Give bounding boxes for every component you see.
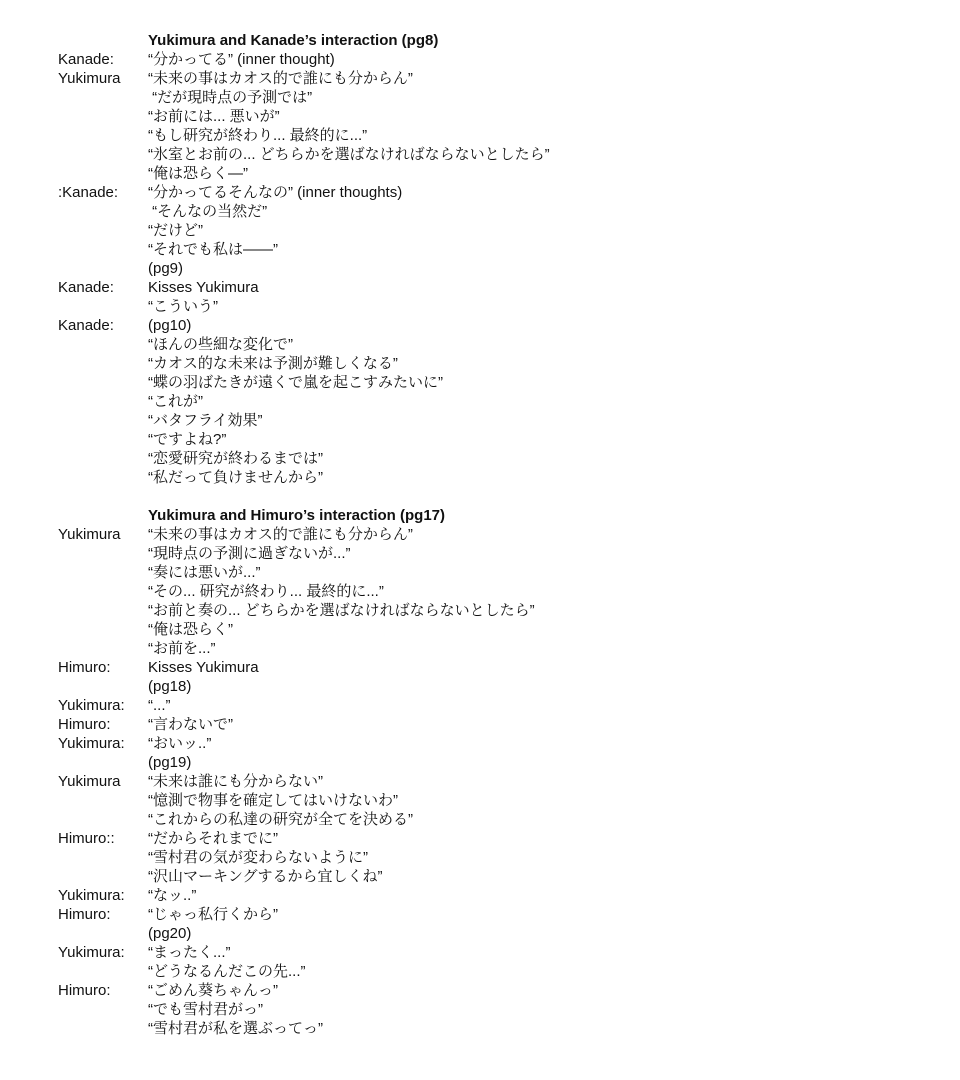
speaker-name — [58, 107, 148, 126]
dialogue-text: “だからそれまでに” — [148, 829, 938, 848]
dialogue-line: (pg18) — [58, 677, 938, 696]
dialogue-text: “...” — [148, 696, 938, 715]
dialogue-text: “おいッ..” — [148, 734, 938, 753]
dialogue-text: “俺は恐らく—” — [148, 164, 938, 183]
dialogue-text: “まったく...” — [148, 943, 938, 962]
speaker-name: Yukimura: — [58, 886, 148, 905]
dialogue-line: Kanade:Kisses Yukimura — [58, 278, 938, 297]
speaker-name — [58, 601, 148, 620]
dialogue-line: Kanade:“分かってる” (inner thought) — [58, 50, 938, 69]
dialogue-text: “分かってるそんなの” (inner thoughts) — [148, 183, 938, 202]
speaker-name — [58, 202, 148, 221]
speaker-name — [58, 145, 148, 164]
dialogue-line: “雪村君の気が変わらないように” — [58, 848, 938, 867]
dialogue-text: “もし研究が終わり... 最終的に...” — [148, 126, 938, 145]
dialogue-line: “これからの私達の研究が全てを決める” — [58, 810, 938, 829]
speaker-name — [58, 373, 148, 392]
speaker-spacer — [58, 31, 148, 50]
dialogue-line: “でも雪村君がっ” — [58, 1000, 938, 1019]
dialogue-line: “それでも私は——” — [58, 240, 938, 259]
dialogue-line: “だが現時点の予測では” — [58, 88, 938, 107]
dialogue-text: “お前には... 悪いが” — [148, 107, 938, 126]
speaker-name: Kanade: — [58, 50, 148, 69]
section-heading-row: Yukimura and Kanade’s interaction (pg8) — [58, 31, 938, 50]
speaker-name — [58, 753, 148, 772]
speaker-name — [58, 962, 148, 981]
dialogue-line: Yukimura:“...” — [58, 696, 938, 715]
speaker-name — [58, 1019, 148, 1038]
dialogue-text: “だが現時点の予測では” — [148, 88, 938, 107]
dialogue-line: “私だって負けませんから” — [58, 468, 938, 487]
speaker-name — [58, 544, 148, 563]
dialogue-line: “どうなるんだこの先...” — [58, 962, 938, 981]
dialogue-text: “だけど” — [148, 221, 938, 240]
dialogue-text: “奏には悪いが...” — [148, 563, 938, 582]
speaker-name: :Kanade: — [58, 183, 148, 202]
speaker-name — [58, 810, 148, 829]
dialogue-line: “バタフライ効果” — [58, 411, 938, 430]
dialogue-line: Yukimura:“なッ..” — [58, 886, 938, 905]
dialogue-line: (pg9) — [58, 259, 938, 278]
dialogue-section: Yukimura and Kanade’s interaction (pg8)K… — [58, 31, 938, 487]
section-title: Yukimura and Himuro’s interaction (pg17) — [148, 506, 938, 525]
speaker-name — [58, 563, 148, 582]
dialogue-text: “ほんの些細な変化で” — [148, 335, 938, 354]
speaker-name — [58, 468, 148, 487]
dialogue-text: “じゃっ私行くから” — [148, 905, 938, 924]
dialogue-text: “これからの私達の研究が全てを決める” — [148, 810, 938, 829]
dialogue-line: Yukimura:“おいッ..” — [58, 734, 938, 753]
dialogue-line: “お前には... 悪いが” — [58, 107, 938, 126]
dialogue-line: “奏には悪いが...” — [58, 563, 938, 582]
speaker-name — [58, 677, 148, 696]
dialogue-line: “こういう” — [58, 297, 938, 316]
speaker-name: Kanade: — [58, 278, 148, 297]
speaker-name: Himuro: — [58, 981, 148, 1000]
speaker-name — [58, 924, 148, 943]
dialogue-line: Yukimura“未来の事はカオス的で誰にも分からん” — [58, 525, 938, 544]
dialogue-text: “未来は誰にも分からない” — [148, 772, 938, 791]
dialogue-line: Yukimura“未来の事はカオス的で誰にも分からん” — [58, 69, 938, 88]
dialogue-text: (pg9) — [148, 259, 938, 278]
dialogue-text: Kisses Yukimura — [148, 658, 938, 677]
dialogue-line: Yukimura:“まったく...” — [58, 943, 938, 962]
dialogue-text: “その... 研究が終わり... 最終的に...” — [148, 582, 938, 601]
speaker-name: Yukimura — [58, 525, 148, 544]
dialogue-text: “言わないで” — [148, 715, 938, 734]
script-document: Yukimura and Kanade’s interaction (pg8)K… — [58, 31, 938, 1038]
dialogue-line: “沢山マーキングするから宜しくね” — [58, 867, 938, 886]
dialogue-text: “未来の事はカオス的で誰にも分からん” — [148, 525, 938, 544]
dialogue-line: “もし研究が終わり... 最終的に...” — [58, 126, 938, 145]
speaker-name: Himuro:: — [58, 829, 148, 848]
speaker-name — [58, 335, 148, 354]
dialogue-text: “お前と奏の... どちらかを選ばなければならないとしたら” — [148, 601, 938, 620]
dialogue-text: “憶測で物事を確定してはいけないわ” — [148, 791, 938, 810]
dialogue-text: “雪村君が私を選ぶってっ” — [148, 1019, 938, 1038]
section-heading-row: Yukimura and Himuro’s interaction (pg17) — [58, 506, 938, 525]
dialogue-line: “氷室とお前の... どちらかを選ばなければならないとしたら” — [58, 145, 938, 164]
speaker-name — [58, 88, 148, 107]
speaker-name — [58, 449, 148, 468]
dialogue-line: “俺は恐らく—” — [58, 164, 938, 183]
speaker-name — [58, 639, 148, 658]
speaker-name — [58, 411, 148, 430]
speaker-name: Kanade: — [58, 316, 148, 335]
speaker-name — [58, 240, 148, 259]
speaker-name — [58, 848, 148, 867]
dialogue-line: “現時点の予測に過ぎないが...” — [58, 544, 938, 563]
speaker-name — [58, 867, 148, 886]
speaker-name — [58, 1000, 148, 1019]
dialogue-line: “俺は恐らく” — [58, 620, 938, 639]
dialogue-text: “蝶の羽ばたきが遠くで嵐を起こすみたいに” — [148, 373, 938, 392]
dialogue-text: “恋愛研究が終わるまでは” — [148, 449, 938, 468]
dialogue-line: “お前と奏の... どちらかを選ばなければならないとしたら” — [58, 601, 938, 620]
section-title: Yukimura and Kanade’s interaction (pg8) — [148, 31, 938, 50]
dialogue-line: Kanade:(pg10) — [58, 316, 938, 335]
speaker-name: Himuro: — [58, 658, 148, 677]
dialogue-text: (pg18) — [148, 677, 938, 696]
speaker-name — [58, 354, 148, 373]
dialogue-text: “雪村君の気が変わらないように” — [148, 848, 938, 867]
speaker-name — [58, 126, 148, 145]
dialogue-line: :Kanade:“分かってるそんなの” (inner thoughts) — [58, 183, 938, 202]
speaker-name: Yukimura — [58, 772, 148, 791]
dialogue-text: “これが” — [148, 392, 938, 411]
dialogue-text: “分かってる” (inner thought) — [148, 50, 938, 69]
dialogue-line: “ですよね?” — [58, 430, 938, 449]
speaker-spacer — [58, 506, 148, 525]
dialogue-line: “その... 研究が終わり... 最終的に...” — [58, 582, 938, 601]
dialogue-text: “俺は恐らく” — [148, 620, 938, 639]
dialogue-line: “蝶の羽ばたきが遠くで嵐を起こすみたいに” — [58, 373, 938, 392]
dialogue-text: “氷室とお前の... どちらかを選ばなければならないとしたら” — [148, 145, 938, 164]
dialogue-line: Himuro:“じゃっ私行くから” — [58, 905, 938, 924]
speaker-name — [58, 392, 148, 411]
dialogue-text: “カオス的な未来は予測が難しくなる” — [148, 354, 938, 373]
dialogue-line: “雪村君が私を選ぶってっ” — [58, 1019, 938, 1038]
dialogue-text: (pg19) — [148, 753, 938, 772]
dialogue-line: “憶測で物事を確定してはいけないわ” — [58, 791, 938, 810]
speaker-name: Yukimura: — [58, 696, 148, 715]
dialogue-text: “それでも私は——” — [148, 240, 938, 259]
speaker-name — [58, 259, 148, 278]
speaker-name — [58, 582, 148, 601]
dialogue-text: (pg10) — [148, 316, 938, 335]
dialogue-text: “私だって負けませんから” — [148, 468, 938, 487]
dialogue-line: “これが” — [58, 392, 938, 411]
dialogue-line: “だけど” — [58, 221, 938, 240]
dialogue-line: (pg20) — [58, 924, 938, 943]
dialogue-text: “バタフライ効果” — [148, 411, 938, 430]
dialogue-text: “沢山マーキングするから宜しくね” — [148, 867, 938, 886]
dialogue-text: “こういう” — [148, 297, 938, 316]
dialogue-text: Kisses Yukimura — [148, 278, 938, 297]
dialogue-line: “お前を...” — [58, 639, 938, 658]
dialogue-text: “ごめん葵ちゃんっ” — [148, 981, 938, 1000]
dialogue-line: Yukimura“未来は誰にも分からない” — [58, 772, 938, 791]
dialogue-line: (pg19) — [58, 753, 938, 772]
dialogue-text: (pg20) — [148, 924, 938, 943]
dialogue-line: “ほんの些細な変化で” — [58, 335, 938, 354]
dialogue-line: Himuro:Kisses Yukimura — [58, 658, 938, 677]
dialogue-text: “現時点の予測に過ぎないが...” — [148, 544, 938, 563]
dialogue-line: “そんなの当然だ” — [58, 202, 938, 221]
dialogue-line: “カオス的な未来は予測が難しくなる” — [58, 354, 938, 373]
speaker-name: Himuro: — [58, 905, 148, 924]
speaker-name — [58, 791, 148, 810]
speaker-name — [58, 297, 148, 316]
speaker-name — [58, 164, 148, 183]
speaker-name: Yukimura — [58, 69, 148, 88]
dialogue-line: Himuro:“言わないで” — [58, 715, 938, 734]
dialogue-text: “でも雪村君がっ” — [148, 1000, 938, 1019]
dialogue-text: “お前を...” — [148, 639, 938, 658]
speaker-name: Himuro: — [58, 715, 148, 734]
dialogue-text: “なッ..” — [148, 886, 938, 905]
dialogue-text: “そんなの当然だ” — [148, 202, 938, 221]
dialogue-text: “未来の事はカオス的で誰にも分からん” — [148, 69, 938, 88]
speaker-name — [58, 430, 148, 449]
dialogue-text: “どうなるんだこの先...” — [148, 962, 938, 981]
speaker-name: Yukimura: — [58, 943, 148, 962]
dialogue-line: Himuro:“ごめん葵ちゃんっ” — [58, 981, 938, 1000]
speaker-name: Yukimura: — [58, 734, 148, 753]
speaker-name — [58, 620, 148, 639]
dialogue-line: Himuro::“だからそれまでに” — [58, 829, 938, 848]
dialogue-section: Yukimura and Himuro’s interaction (pg17)… — [58, 506, 938, 1038]
speaker-name — [58, 221, 148, 240]
dialogue-text: “ですよね?” — [148, 430, 938, 449]
dialogue-line: “恋愛研究が終わるまでは” — [58, 449, 938, 468]
